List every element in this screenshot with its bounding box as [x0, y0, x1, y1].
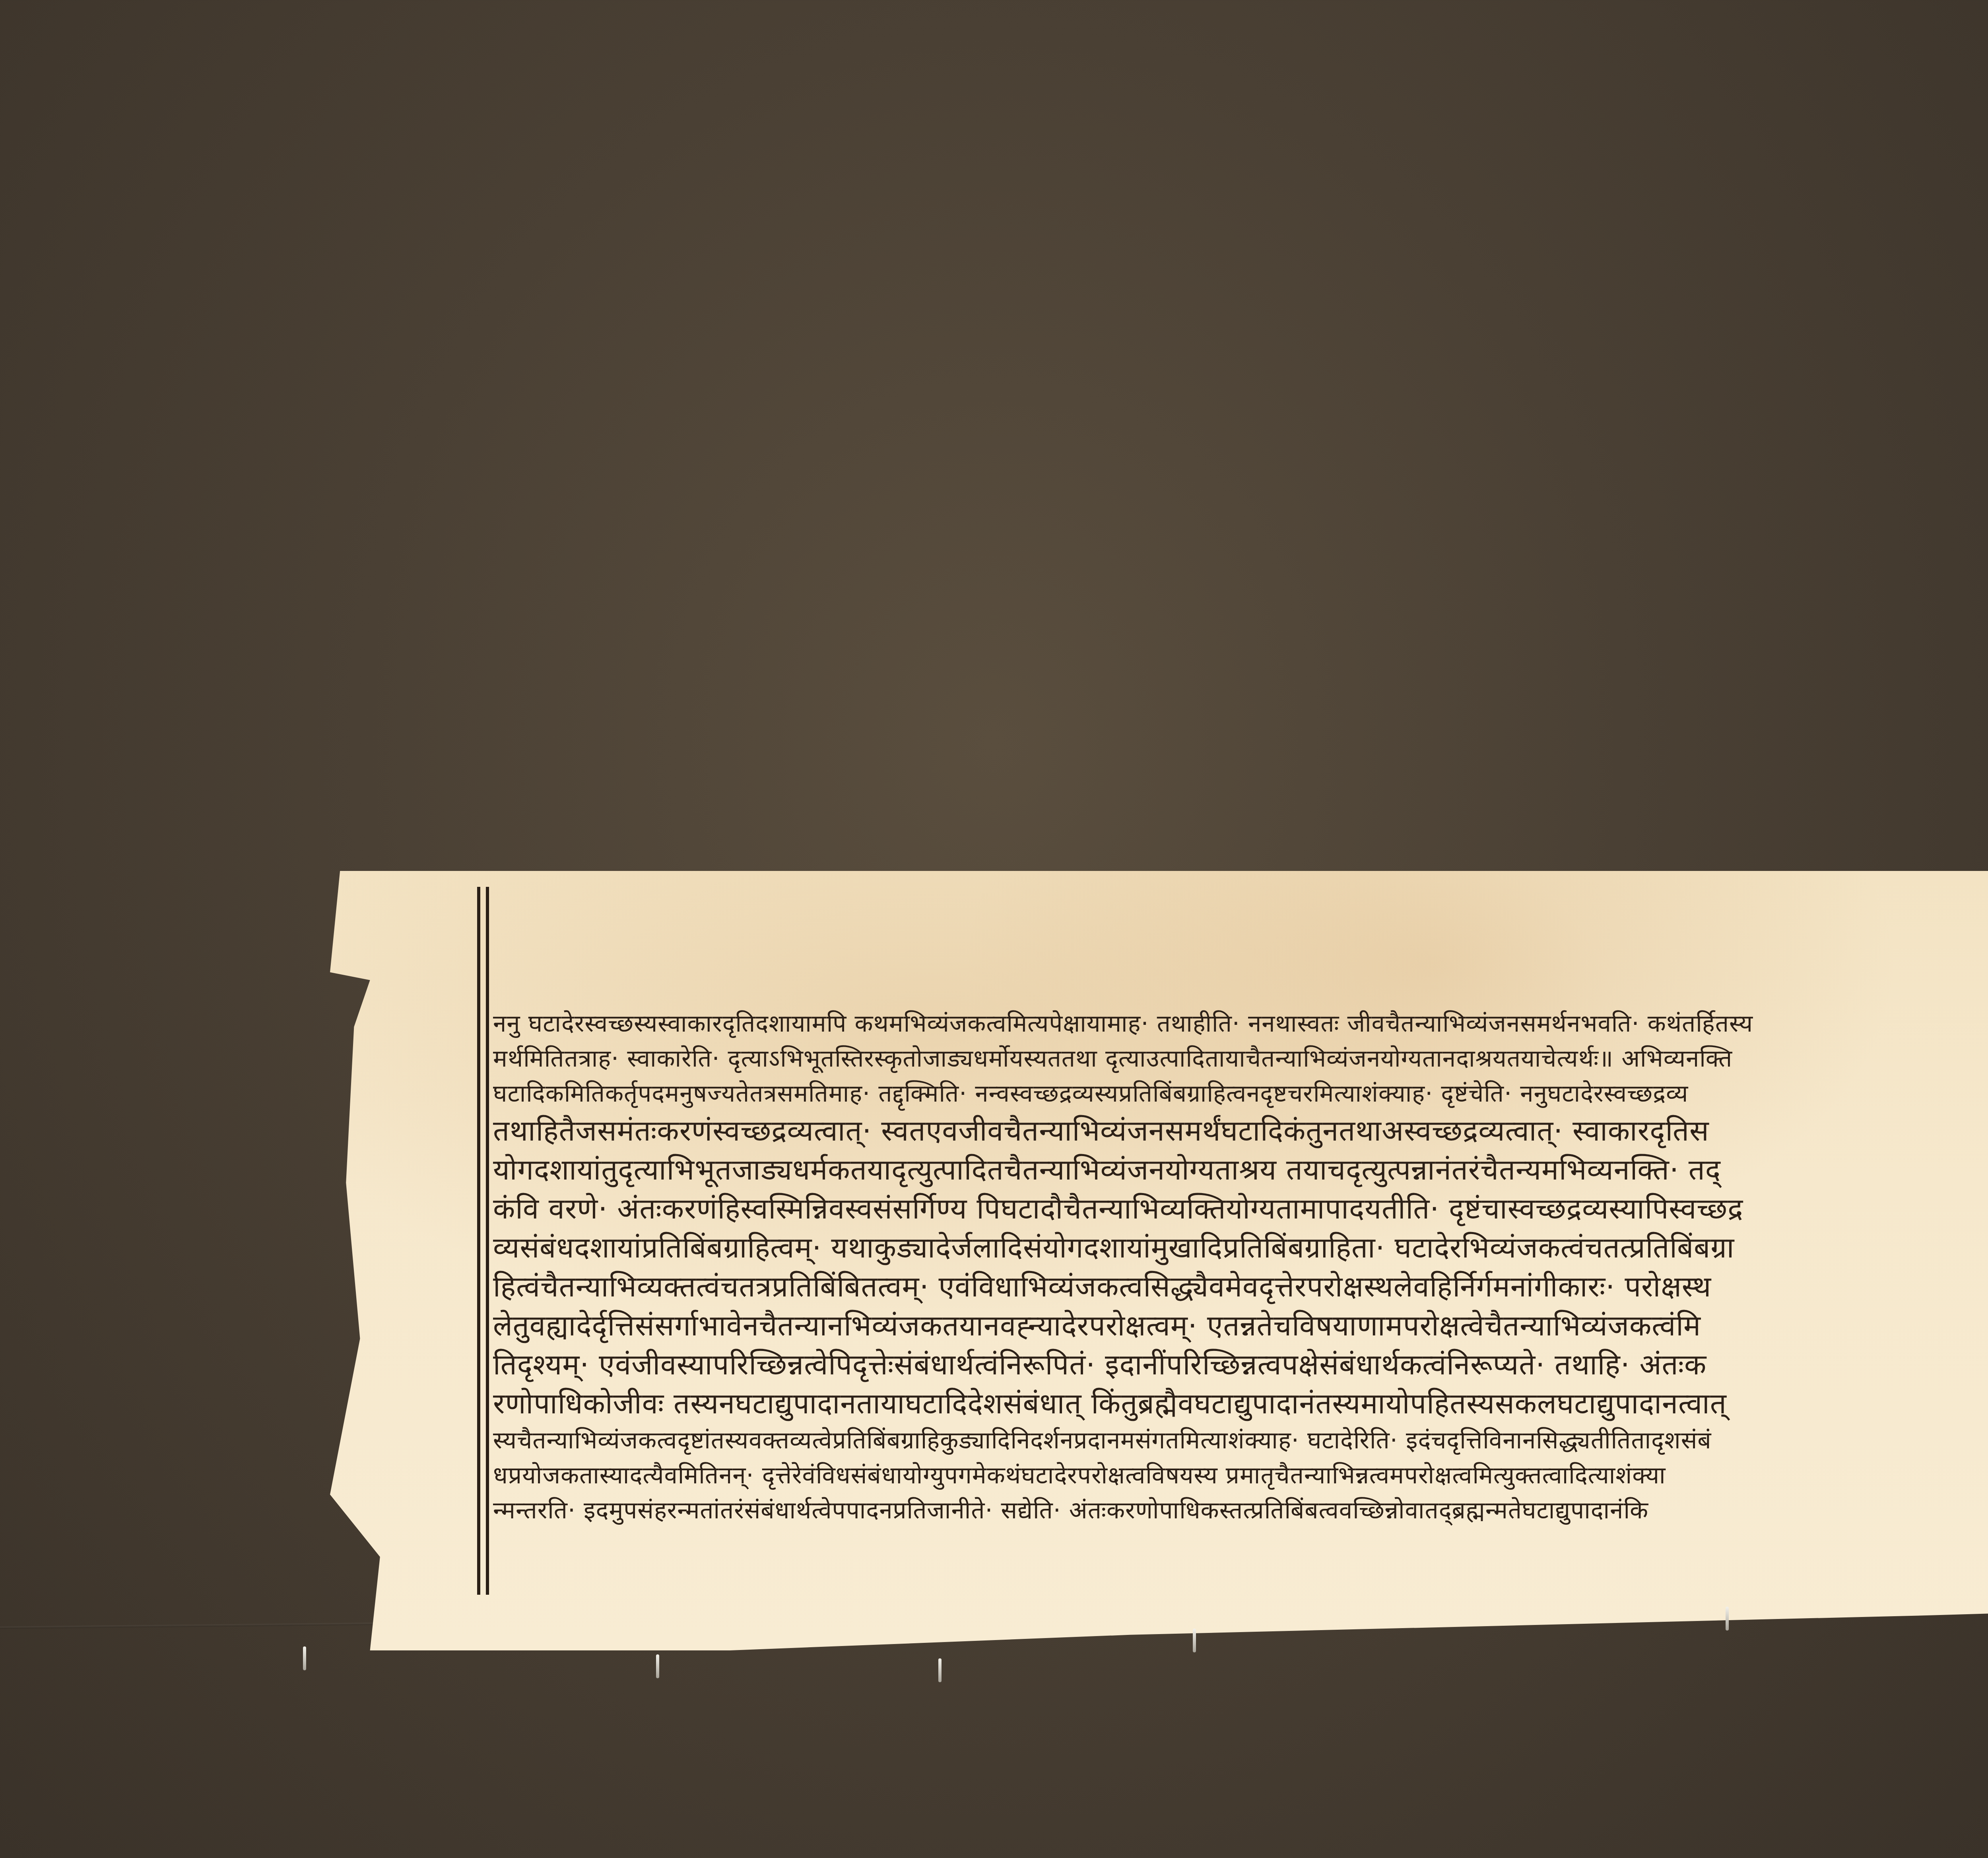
pin	[303, 1646, 306, 1670]
pin	[1193, 1629, 1196, 1652]
manuscript-leaf: ननु घटादेरस्वच्छस्यस्वाकारदृतिदशायामपि क…	[330, 871, 1988, 1650]
pin	[938, 1658, 942, 1682]
text-line: व्यसंबंधदशायांप्रतिबिंबग्राहित्वम्· यथाक…	[493, 1228, 1988, 1267]
text-line: योगदशायांतुदृत्याभिभूतजाड्यधर्मकतयादृत्य…	[493, 1150, 1988, 1189]
text-line: घटादिकमितिकर्तृपदमनुषज्यतेतत्रसमतिमाह· त…	[493, 1076, 1988, 1111]
text-line: ननु घटादेरस्वच्छस्यस्वाकारदृतिदशायामपि क…	[493, 1006, 1988, 1041]
left-border-rule-outer	[477, 887, 480, 1595]
text-line: न्मन्तरति· इदमुपसंहरन्मतांतरंसंबंधार्थत्…	[493, 1493, 1988, 1528]
text-line: लेतुवह्यादेर्दृत्तिसंसर्गाभावेनचैतन्यानभ…	[493, 1306, 1988, 1345]
text-line: धप्रयोजकतास्यादत्यैवमितिनन्· दृत्तेरेवंव…	[493, 1458, 1988, 1493]
text-line: हित्वंचैतन्याभिव्यक्तत्वंचतत्रप्रतिबिंबि…	[493, 1267, 1988, 1306]
text-line: तिदृश्यम्· एवंजीवस्यापरिच्छिन्नत्वेपिदृत…	[493, 1345, 1988, 1384]
text-line: रणोपाधिकोजीवः तस्यनघटाद्युपादानतायाघटादि…	[493, 1384, 1988, 1423]
left-border-rule-inner	[486, 887, 489, 1595]
text-line: स्यचैतन्याभिव्यंजकत्वदृष्टांतस्यवक्तव्यत…	[493, 1423, 1988, 1458]
pin	[1726, 1607, 1729, 1631]
text-line: कंवि वरणे· अंतःकरणंहिस्वस्मिन्निवस्वसंसर…	[493, 1189, 1988, 1228]
text-line: मर्थमितितत्राह· स्वाकारेति· दृत्याऽभिभूत…	[493, 1041, 1988, 1076]
manuscript-text: ननु घटादेरस्वच्छस्यस्वाकारदृतिदशायामपि क…	[493, 1006, 1988, 1528]
text-line: तथाहितैजसमंतःकरणंस्वच्छद्रव्यत्वात्· स्व…	[493, 1111, 1988, 1150]
pin	[656, 1654, 659, 1678]
